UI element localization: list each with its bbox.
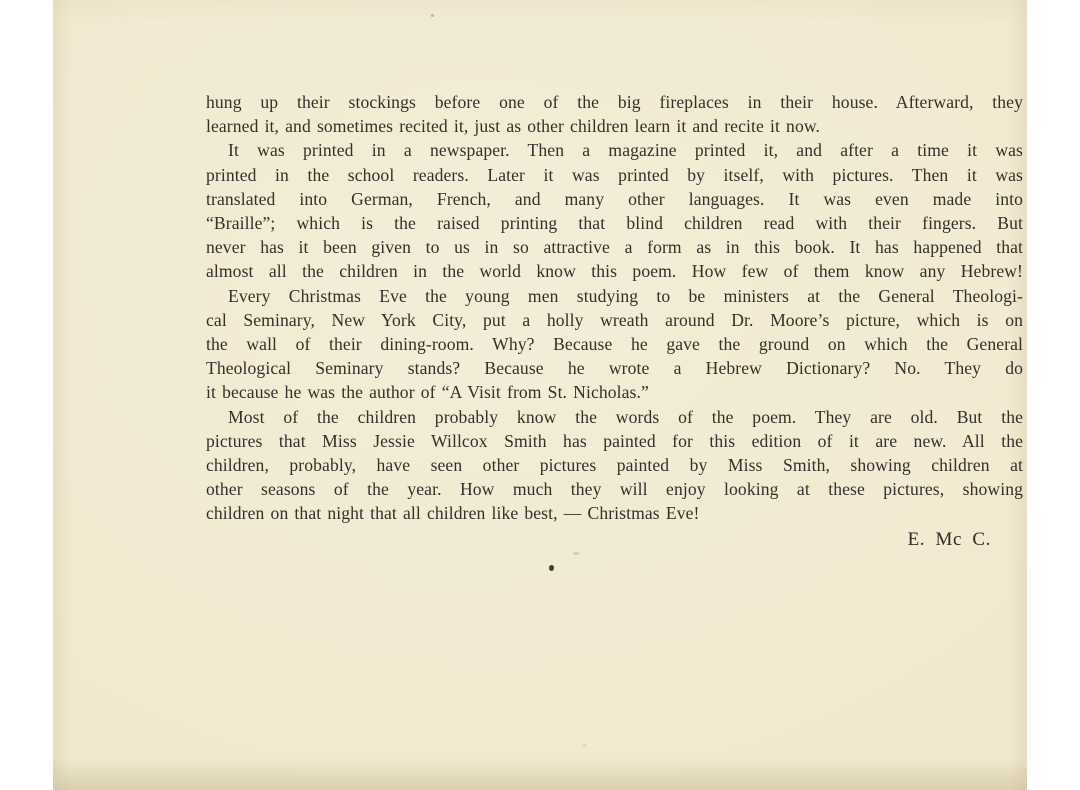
text-line: pictures that Miss Jessie Willcox Smith …: [206, 429, 1023, 453]
text-line: other seasons of the year. How much they…: [206, 477, 1023, 501]
text-line: Theological Seminary stands? Because he …: [206, 356, 1023, 380]
book-page: hung up their stockings before one of th…: [53, 0, 1027, 790]
text-line: cal Seminary, New York City, put a holly…: [206, 308, 1023, 332]
text-line: children, probably, have seen other pict…: [206, 453, 1023, 477]
text-line: never has it been given to us in so attr…: [206, 235, 1023, 259]
text-line: Every Christmas Eve the young men studyi…: [206, 284, 1023, 308]
text-line: almost all the children in the world kno…: [206, 259, 1023, 283]
author-initials: E. Mc C.: [206, 528, 1023, 552]
text-line: It was printed in a newspaper. Then a ma…: [206, 138, 1023, 162]
text-line: learned it, and sometimes recited it, ju…: [206, 114, 1023, 138]
scanned-page-stage: hung up their stockings before one of th…: [0, 0, 1080, 790]
text-line: the wall of their dining-room. Why? Beca…: [206, 332, 1023, 356]
text-line: hung up their stockings before one of th…: [206, 90, 1023, 114]
text-line: printed in the school readers. Later it …: [206, 163, 1023, 187]
text-line: “Braille”; which is the raised printing …: [206, 211, 1023, 235]
text-line: translated into German, French, and many…: [206, 187, 1023, 211]
text-line: Most of the children probably know the w…: [206, 405, 1023, 429]
text-line: children on that night that all children…: [206, 501, 1023, 525]
text-line: it because he was the author of “A Visit…: [206, 380, 1023, 404]
body-text-block: hung up their stockings before one of th…: [206, 90, 1023, 552]
